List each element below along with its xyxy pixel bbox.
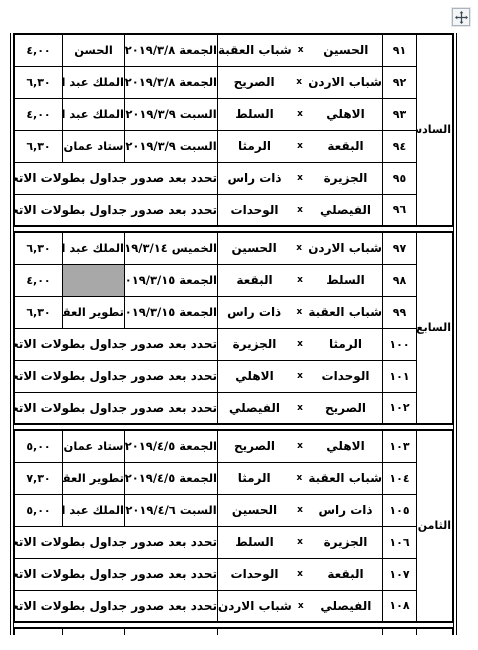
venue-cell[interactable]: تطوير العقبة — [63, 296, 125, 328]
venue: تطوير العقبة — [63, 471, 125, 485]
match-number-cell[interactable]: ١٠٣ — [383, 430, 417, 462]
vs-separator: x — [292, 45, 310, 55]
team-right: الفيصلي — [309, 203, 382, 217]
venue-cell[interactable]: الملك عبد الله — [63, 232, 125, 264]
time-cell[interactable]: ٤,٠٠ — [15, 98, 63, 130]
match-row: ١٠٨الفيصليxشباب الاردنتحدد بعد صدور جداو… — [15, 590, 453, 622]
venue-cell[interactable]: تطوير العقبة — [63, 462, 125, 494]
schedule-tbd-text: تحدد بعد صدور جداول بطولات الاتحاد الاسي… — [15, 171, 218, 185]
match-number-cell[interactable]: ١٠٠ — [383, 328, 417, 360]
match-row: ٩٥الجزيرةxذات راستحدد بعد صدور جداول بطو… — [15, 162, 453, 194]
team-right: شباب الاردن — [308, 75, 382, 89]
venue: ستاد عمان — [64, 139, 124, 153]
next-section-partial — [14, 627, 453, 635]
round-cell[interactable]: الثامن عشر — [417, 430, 453, 622]
vs-separator: x — [291, 403, 309, 413]
match-row: ١٠٢الصريحxالفيصليتحدد بعد صدور جداول بطو… — [15, 392, 453, 424]
vs-separator: x — [290, 243, 308, 253]
match-number-cell[interactable]: ١٠٢ — [383, 392, 417, 424]
match-number: ١٠٠ — [389, 338, 409, 351]
match-date: الجمعة ٢٠١٩/٤/٥ — [125, 471, 217, 485]
team-left: السلط — [218, 107, 291, 121]
teams-cell[interactable]: شباب الاردنxالصريح — [218, 66, 383, 98]
time-cell[interactable]: ٦,٣٠ — [15, 66, 63, 98]
match-row: ٩٢شباب الاردنxالصريحالجمعة ٢٠١٩/٣/٨الملك… — [15, 66, 453, 98]
match-row: السابع عشر٩٧شباب الاردنxالحسينالخميس ٢٠١… — [15, 232, 453, 264]
team-right: ذات راس — [309, 503, 382, 517]
move-cross-icon — [455, 11, 468, 24]
round-cell[interactable]: السادس عشر — [417, 34, 453, 226]
vs-separator: x — [291, 205, 309, 215]
venue: ستاد عمان — [64, 439, 124, 453]
venue-cell[interactable] — [63, 264, 125, 296]
match-number: ٩٦ — [393, 203, 406, 216]
team-right: البقعة — [309, 139, 382, 153]
match-date: السبت ٢٠١٩/٤/٦ — [125, 503, 216, 517]
match-number: ١٠٧ — [389, 568, 409, 581]
match-number: ١٠٣ — [389, 440, 409, 453]
partial-row — [15, 628, 453, 635]
match-number-cell[interactable]: ١٠٧ — [383, 558, 417, 590]
match-number: ٩٣ — [393, 108, 406, 121]
match-row: ٩٩شباب العقبةxذات راسالجمعة ٢٠١٩/٣/١٥تطو… — [15, 296, 453, 328]
teams-cell[interactable]: الجزيرةxالسلط — [218, 526, 383, 558]
team-right: السلط — [309, 273, 382, 287]
vs-separator: x — [290, 473, 308, 483]
kickoff-time: ٥,٠٠ — [26, 504, 50, 517]
round-section: السابع عشر٩٧شباب الاردنxالحسينالخميس ٢٠١… — [14, 231, 453, 425]
match-row: ١٠٦الجزيرةxالسلطتحدد بعد صدور جداول بطول… — [15, 526, 453, 558]
teams-cell[interactable]: شباب الاردنxالحسين — [218, 232, 383, 264]
vs-separator: x — [291, 141, 309, 151]
team-left: ذات راس — [218, 305, 290, 319]
match-number: ٩١ — [393, 44, 406, 57]
vs-separator: x — [292, 601, 310, 611]
schedule-tbd-cell[interactable]: تحدد بعد صدور جداول بطولات الاتحاد الاسي… — [15, 558, 218, 590]
match-row: الثامن عشر١٠٣الاهليxالصريحالجمعة ٢٠١٩/٤/… — [15, 430, 453, 462]
match-number-cell[interactable]: ١٠٥ — [383, 494, 417, 526]
vs-separator: x — [291, 109, 309, 119]
team-left: الصريح — [218, 75, 290, 89]
match-number-cell[interactable]: ١٠٤ — [383, 462, 417, 494]
teams-pair: الاهليxالصريح — [218, 439, 382, 453]
match-number: ١٠١ — [389, 370, 409, 383]
teams-pair: شباب الاردنxالصريح — [218, 75, 382, 89]
match-date: الجمعة ٢٠١٩/٣/٨ — [125, 75, 217, 89]
team-right: شباب العقبة — [308, 471, 382, 485]
match-number-cell[interactable]: ٩٩ — [383, 296, 417, 328]
match-number: ١٠٤ — [389, 472, 409, 485]
vs-separator: x — [291, 505, 309, 515]
match-number: ٩٢ — [393, 76, 406, 89]
teams-pair: الصريحxالفيصلي — [218, 401, 382, 415]
vs-separator: x — [291, 173, 309, 183]
venue-cell[interactable]: ستاد عمان — [63, 130, 125, 162]
kickoff-time: ٦,٣٠ — [26, 76, 50, 89]
match-date: السبت ٢٠١٩/٣/٩ — [125, 139, 216, 153]
match-number-cell[interactable]: ١٠١ — [383, 360, 417, 392]
team-right: شباب الاردن — [308, 241, 382, 255]
teams-pair: السلطxالبقعة — [218, 273, 382, 287]
team-right: الصريح — [309, 401, 382, 415]
teams-cell[interactable]: الصريحxالفيصلي — [218, 392, 383, 424]
round-cell[interactable]: السابع عشر — [417, 232, 453, 424]
schedule-tbd-text: تحدد بعد صدور جداول بطولات الاتحاد الاسي… — [15, 599, 218, 613]
vs-separator: x — [291, 371, 309, 381]
teams-cell[interactable]: الاهليxالسلط — [218, 98, 383, 130]
match-number: ٩٧ — [393, 242, 406, 255]
round-label: السادس عشر — [417, 123, 452, 136]
match-number-cell[interactable]: ٩٦ — [383, 194, 417, 226]
time-cell[interactable]: ٧,٣٠ — [15, 462, 63, 494]
empty-cell — [417, 628, 453, 635]
kickoff-time: ٤,٠٠ — [26, 44, 50, 57]
venue: تطوير العقبة — [63, 305, 125, 319]
match-number: ٩٤ — [393, 140, 406, 153]
team-left: البقعة — [218, 273, 291, 287]
match-row: السادس عشر٩١الحسينxشباب العقبةالجمعة ٢٠١… — [15, 34, 453, 66]
venue: الملك عبد الله — [63, 241, 125, 255]
time-cell[interactable]: ٦,٣٠ — [15, 232, 63, 264]
team-left: الحسين — [218, 503, 291, 517]
venue: الملك عبد الله — [63, 107, 125, 121]
empty-cell — [63, 628, 125, 635]
match-date: الجمعة ٢٠١٩/٣/١٥ — [125, 305, 218, 319]
vs-separator: x — [291, 275, 309, 285]
match-row: ٩٦الفيصليxالوحداتتحدد بعد صدور جداول بطو… — [15, 194, 453, 226]
teams-cell[interactable]: الاهليxالصريح — [218, 430, 383, 462]
match-row: ١٠١الوحداتxالاهليتحدد بعد صدور جداول بطو… — [15, 360, 453, 392]
teams-pair: الحسينxشباب العقبة — [218, 43, 382, 57]
teams-pair: الفيصليxشباب الاردن — [218, 599, 382, 613]
date-cell[interactable]: الجمعة ٢٠١٩/٣/١٥ — [125, 296, 218, 328]
date-cell[interactable]: الجمعة ٢٠١٩/٣/٨ — [125, 66, 218, 98]
venue-cell[interactable]: الحسن — [63, 34, 125, 66]
teams-pair: شباب الاردنxالحسين — [218, 241, 382, 255]
team-right: الرمثا — [309, 337, 382, 351]
schedule-tbd-cell[interactable]: تحدد بعد صدور جداول بطولات الاتحاد الاسي… — [15, 328, 218, 360]
vs-separator: x — [291, 339, 309, 349]
team-left: الرمثا — [218, 471, 290, 485]
match-row: ١٠٠الرمثاxالجزيرةتحدد بعد صدور جداول بطو… — [15, 328, 453, 360]
time-cell[interactable]: ٥,٠٠ — [15, 494, 63, 526]
match-schedule-table: السادس عشر٩١الحسينxشباب العقبةالجمعة ٢٠١… — [10, 33, 457, 635]
time-cell[interactable]: ٥,٠٠ — [15, 430, 63, 462]
vs-separator: x — [291, 537, 309, 547]
venue-cell[interactable]: ستاد عمان — [63, 430, 125, 462]
match-number: ٩٩ — [393, 306, 406, 319]
empty-cell — [218, 628, 383, 635]
match-date: الجمعة ٢٠١٩/٣/٨ — [125, 43, 217, 57]
schedule-tbd-cell[interactable]: تحدد بعد صدور جداول بطولات الاتحاد الاسي… — [15, 162, 218, 194]
teams-cell[interactable]: الوحداتxالاهلي — [218, 360, 383, 392]
team-left: الوحدات — [218, 203, 291, 217]
teams-cell[interactable]: البقعةxالوحدات — [218, 558, 383, 590]
team-right: الوحدات — [309, 369, 382, 383]
kickoff-time: ٤,٠٠ — [26, 274, 50, 287]
teams-pair: البقعةxالرمثا — [218, 139, 382, 153]
match-number: ٩٨ — [393, 274, 406, 287]
teams-pair: الفيصليxالوحدات — [218, 203, 382, 217]
teams-pair: الجزيرةxذات راس — [218, 171, 382, 185]
schedule-tbd-text: تحدد بعد صدور جداول بطولات الاتحاد الاسي… — [15, 535, 218, 549]
teams-pair: الرمثاxالجزيرة — [218, 337, 382, 351]
match-number: ١٠٢ — [389, 401, 409, 414]
match-number: ١٠٥ — [389, 504, 409, 517]
match-row: ٩٨السلطxالبقعةالجمعة ٢٠١٩/٣/١٥٤,٠٠ — [15, 264, 453, 296]
teams-cell[interactable]: ذات راسxالحسين — [218, 494, 383, 526]
kickoff-time: ٦,٣٠ — [26, 140, 50, 153]
match-number-cell[interactable]: ٩٢ — [383, 66, 417, 98]
date-cell[interactable]: الجمعة ٢٠١٩/٤/٥ — [125, 430, 218, 462]
match-number-cell[interactable]: ٩٥ — [383, 162, 417, 194]
match-row: ٩٤البقعةxالرمثاالسبت ٢٠١٩/٣/٩ستاد عمان٦,… — [15, 130, 453, 162]
team-left: السلط — [218, 535, 291, 549]
team-right: الاهلي — [309, 107, 382, 121]
teams-pair: البقعةxالوحدات — [218, 567, 382, 581]
match-number-cell[interactable]: ٩٨ — [383, 264, 417, 296]
schedule-tbd-text: تحدد بعد صدور جداول بطولات الاتحاد الاسي… — [15, 567, 218, 581]
team-right: شباب العقبة — [308, 305, 382, 319]
time-cell[interactable]: ٤,٠٠ — [15, 34, 63, 66]
date-cell[interactable]: السبت ٢٠١٩/٣/٩ — [125, 98, 218, 130]
round-section: الثامن عشر١٠٣الاهليxالصريحالجمعة ٢٠١٩/٤/… — [14, 429, 453, 623]
vs-separator: x — [291, 569, 309, 579]
match-date: الجمعة ٢٠١٩/٤/٥ — [125, 439, 217, 453]
match-number: ٩٥ — [393, 172, 406, 185]
date-cell[interactable]: السبت ٢٠١٩/٣/٩ — [125, 130, 218, 162]
teams-cell[interactable]: السلطxالبقعة — [218, 264, 383, 296]
kickoff-time: ٤,٠٠ — [26, 108, 50, 121]
empty-cell — [15, 628, 63, 635]
match-number-cell[interactable]: ٩٣ — [383, 98, 417, 130]
kickoff-time: ٧,٣٠ — [26, 472, 50, 485]
empty-cell — [125, 628, 218, 635]
schedule-tbd-text: تحدد بعد صدور جداول بطولات الاتحاد الاسي… — [15, 337, 218, 351]
time-cell[interactable]: ٦,٣٠ — [15, 296, 63, 328]
match-row: ١٠٤شباب العقبةxالرمثاالجمعة ٢٠١٩/٤/٥تطوي… — [15, 462, 453, 494]
venue-cell[interactable]: الملك عبد الله — [63, 494, 125, 526]
venue: الحسن — [74, 43, 113, 57]
match-number-cell[interactable]: ٩١ — [383, 34, 417, 66]
schedule-tbd-cell[interactable]: تحدد بعد صدور جداول بطولات الاتحاد الاسي… — [15, 360, 218, 392]
team-right: الفيصلي — [310, 599, 382, 613]
vs-separator: x — [290, 307, 308, 317]
date-cell[interactable]: الجمعة ٢٠١٩/٤/٥ — [125, 462, 218, 494]
round-label: الثامن عشر — [417, 519, 452, 532]
date-cell[interactable]: الجمعة ٢٠١٩/٣/١٥ — [125, 264, 218, 296]
schedule-tbd-cell[interactable]: تحدد بعد صدور جداول بطولات الاتحاد الاسي… — [15, 392, 218, 424]
kickoff-time: ٥,٠٠ — [26, 440, 50, 453]
match-row: ١٠٥ذات راسxالحسينالسبت ٢٠١٩/٤/٦الملك عبد… — [15, 494, 453, 526]
round-section: السادس عشر٩١الحسينxشباب العقبةالجمعة ٢٠١… — [14, 33, 453, 227]
team-right: الاهلي — [309, 439, 382, 453]
teams-pair: الوحداتxالاهلي — [218, 369, 382, 383]
match-number-cell[interactable]: ٩٤ — [383, 130, 417, 162]
match-row: ٩٣الاهليxالسلطالسبت ٢٠١٩/٣/٩الملك عبد ال… — [15, 98, 453, 130]
teams-cell[interactable]: شباب العقبةxالرمثا — [218, 462, 383, 494]
team-right: الجزيرة — [309, 171, 382, 185]
schedule-tbd-cell[interactable]: تحدد بعد صدور جداول بطولات الاتحاد الاسي… — [15, 526, 218, 558]
team-left: الرمثا — [218, 139, 291, 153]
date-cell[interactable]: الخميس ٢٠١٩/٣/١٤ — [125, 232, 218, 264]
teams-cell[interactable]: الفيصليxشباب الاردن — [218, 590, 383, 622]
match-date: الخميس ٢٠١٩/٣/١٤ — [125, 241, 218, 255]
team-left: الوحدات — [218, 567, 291, 581]
venue: الملك عبد الله — [63, 503, 125, 517]
empty-cell — [383, 628, 417, 635]
kickoff-time: ٦,٣٠ — [26, 306, 50, 319]
schedule-tbd-cell[interactable]: تحدد بعد صدور جداول بطولات الاتحاد الاسي… — [15, 194, 218, 226]
teams-cell[interactable]: البقعةxالرمثا — [218, 130, 383, 162]
team-left: شباب العقبة — [218, 43, 292, 57]
team-right: الجزيرة — [309, 535, 382, 549]
match-number-cell[interactable]: ١٠٨ — [383, 590, 417, 622]
schedule-tbd-cell[interactable]: تحدد بعد صدور جداول بطولات الاتحاد الاسي… — [15, 590, 218, 622]
match-number: ١٠٦ — [389, 536, 409, 549]
match-row: ١٠٧البقعةxالوحداتتحدد بعد صدور جداول بطو… — [15, 558, 453, 590]
kickoff-time: ٦,٣٠ — [26, 242, 50, 255]
schedule-tbd-text: تحدد بعد صدور جداول بطولات الاتحاد الاسي… — [15, 203, 218, 217]
teams-cell[interactable]: الرمثاxالجزيرة — [218, 328, 383, 360]
table-move-handle-icon[interactable] — [452, 8, 470, 26]
teams-cell[interactable]: شباب العقبةxذات راس — [218, 296, 383, 328]
teams-pair: الاهليxالسلط — [218, 107, 382, 121]
schedule-tbd-text: تحدد بعد صدور جداول بطولات الاتحاد الاسي… — [15, 401, 218, 415]
match-date: الجمعة ٢٠١٩/٣/١٥ — [125, 273, 218, 287]
team-left: ذات راس — [218, 171, 291, 185]
vs-separator: x — [291, 441, 309, 451]
teams-pair: شباب العقبةxذات راس — [218, 305, 382, 319]
teams-pair: الجزيرةxالسلط — [218, 535, 382, 549]
teams-cell[interactable]: الجزيرةxذات راس — [218, 162, 383, 194]
team-right: الحسين — [310, 43, 382, 57]
team-left: الجزيرة — [218, 337, 291, 351]
time-cell[interactable]: ٦,٣٠ — [15, 130, 63, 162]
team-left: شباب الاردن — [218, 599, 292, 613]
team-right: البقعة — [309, 567, 382, 581]
venue-cell[interactable]: الملك عبد الله — [63, 98, 125, 130]
date-cell[interactable]: السبت ٢٠١٩/٤/٦ — [125, 494, 218, 526]
match-number-cell[interactable]: ١٠٦ — [383, 526, 417, 558]
venue-cell[interactable]: الملك عبد الله — [63, 66, 125, 98]
team-left: الحسين — [218, 241, 290, 255]
teams-pair: ذات راسxالحسين — [218, 503, 382, 517]
round-label: السابع عشر — [417, 321, 452, 334]
teams-cell[interactable]: الحسينxشباب العقبة — [218, 34, 383, 66]
schedule-tbd-text: تحدد بعد صدور جداول بطولات الاتحاد الاسي… — [15, 369, 218, 383]
teams-cell[interactable]: الفيصليxالوحدات — [218, 194, 383, 226]
match-date: السبت ٢٠١٩/٣/٩ — [125, 107, 216, 121]
match-number: ١٠٨ — [389, 599, 409, 612]
vs-separator: x — [290, 77, 308, 87]
team-left: الفيصلي — [218, 401, 291, 415]
venue: الملك عبد الله — [63, 75, 125, 89]
time-cell[interactable]: ٤,٠٠ — [15, 264, 63, 296]
date-cell[interactable]: الجمعة ٢٠١٩/٣/٨ — [125, 34, 218, 66]
teams-pair: شباب العقبةxالرمثا — [218, 471, 382, 485]
match-number-cell[interactable]: ٩٧ — [383, 232, 417, 264]
team-left: الاهلي — [218, 369, 291, 383]
team-left: الصريح — [218, 439, 291, 453]
